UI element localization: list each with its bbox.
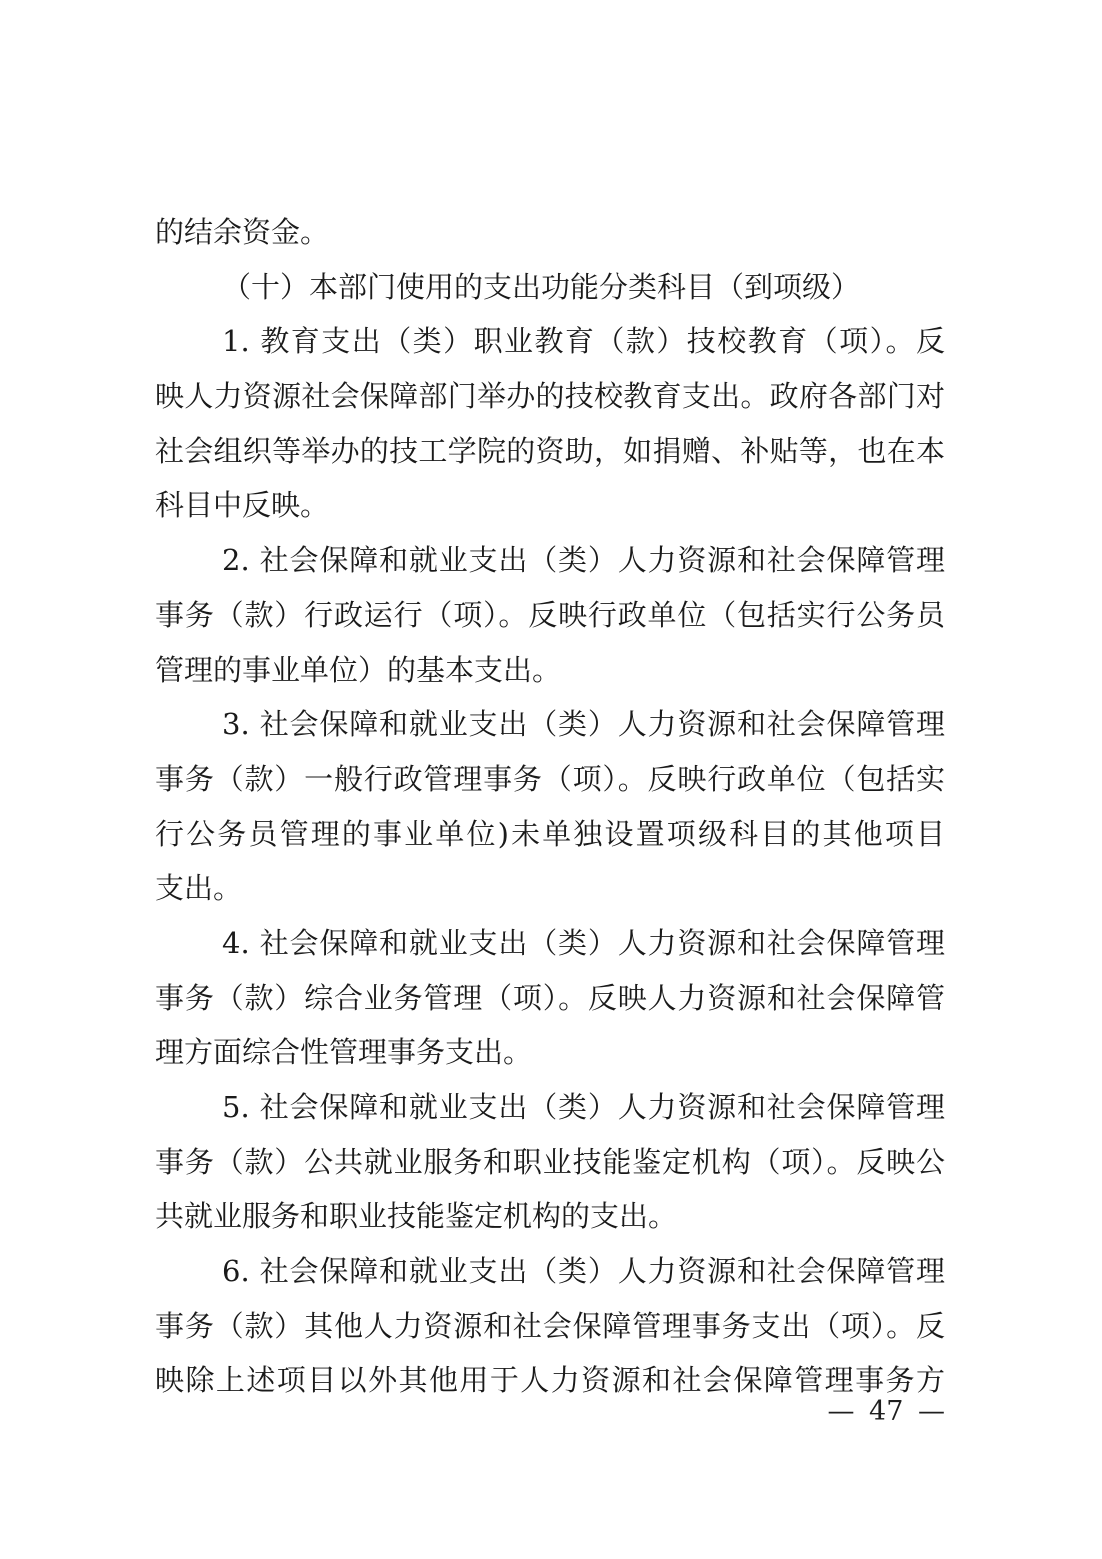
- text-line: 社会组织等举办的技工学院的资助，如捐赠、补贴等，也在本: [155, 424, 945, 479]
- section-heading-line: （十）本部门使用的支出功能分类科目（到项级）: [155, 260, 945, 315]
- document-page: 的结余资金。 （十）本部门使用的支出功能分类科目（到项级） 1. 教育支出（类）…: [0, 0, 1102, 1559]
- text-line: 事务（款）其他人力资源和社会保障管理事务支出（项）。反: [155, 1299, 945, 1354]
- page-number: — 47 —: [827, 1396, 945, 1428]
- text-line: 事务（款）公共就业服务和职业技能鉴定机构（项）。反映公: [155, 1135, 945, 1190]
- text-line: 事务（款）一般行政管理事务（项）。反映行政单位（包括实: [155, 752, 945, 807]
- text-line: 5. 社会保障和就业支出（类）人力资源和社会保障管理: [155, 1080, 945, 1135]
- text-line: 理方面综合性管理事务支出。: [155, 1025, 945, 1080]
- text-line: 行公务员管理的事业单位)未单独设置项级科目的其他项目: [155, 807, 945, 862]
- text-line: 6. 社会保障和就业支出（类）人力资源和社会保障管理: [155, 1244, 945, 1299]
- text-line: 共就业服务和职业技能鉴定机构的支出。: [155, 1189, 945, 1244]
- text-line: 1. 教育支出（类）职业教育（款）技校教育（项）。反: [155, 314, 945, 369]
- text-line: 支出。: [155, 861, 945, 916]
- text-line: 2. 社会保障和就业支出（类）人力资源和社会保障管理: [155, 533, 945, 588]
- text-line: 管理的事业单位）的基本支出。: [155, 643, 945, 698]
- text-line: 事务（款）行政运行（项）。反映行政单位（包括实行公务员: [155, 588, 945, 643]
- text-line: 3. 社会保障和就业支出（类）人力资源和社会保障管理: [155, 697, 945, 752]
- text-line: 4. 社会保障和就业支出（类）人力资源和社会保障管理: [155, 916, 945, 971]
- body-text: 的结余资金。 （十）本部门使用的支出功能分类科目（到项级） 1. 教育支出（类）…: [155, 205, 945, 1408]
- text-line: 的结余资金。: [155, 205, 945, 260]
- text-line: 事务（款）综合业务管理（项）。反映人力资源和社会保障管: [155, 971, 945, 1026]
- text-line: 科目中反映。: [155, 478, 945, 533]
- text-line: 映人力资源社会保障部门举办的技校教育支出。政府各部门对: [155, 369, 945, 424]
